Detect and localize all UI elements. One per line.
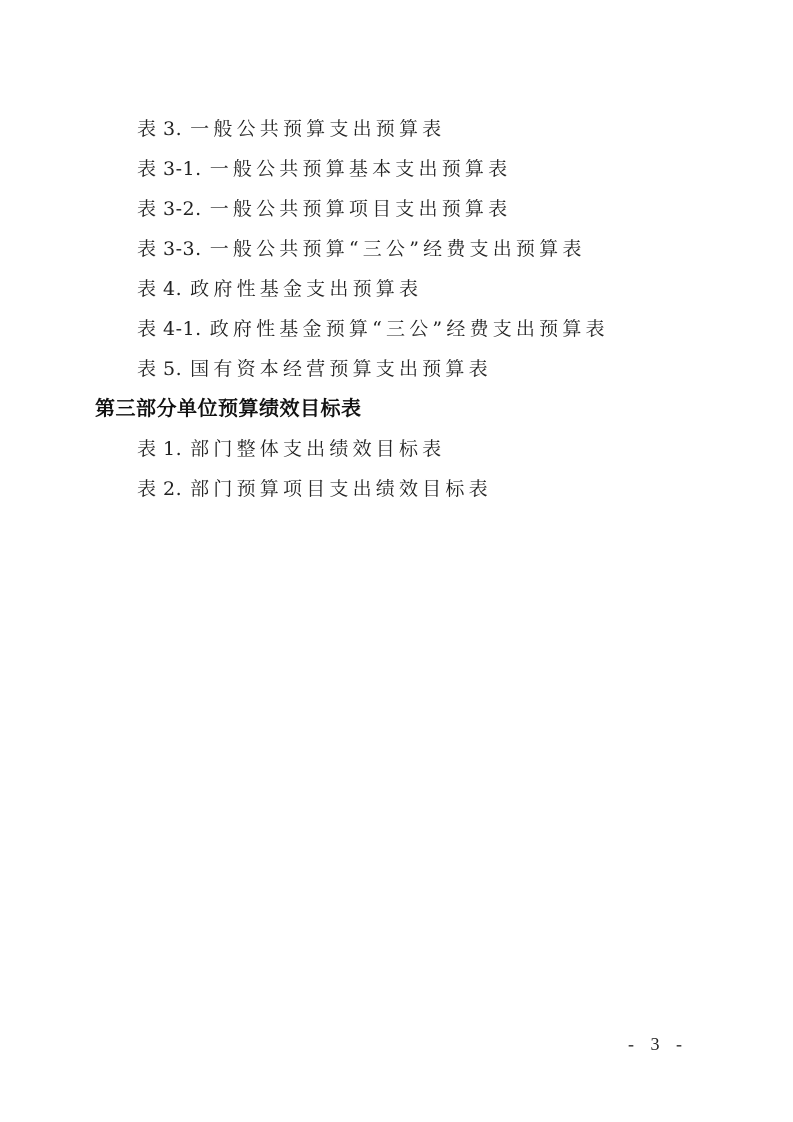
- toc-entry-number: 表 3.: [137, 118, 182, 140]
- toc-entry-performance-table-2: 表 2.部门预算项目支出绩效目标表: [137, 477, 492, 501]
- toc-entry-number: 表 3-2.: [137, 198, 202, 220]
- toc-entry-number: 表 4-1.: [137, 318, 202, 340]
- toc-entry-title: 政府性基金预算“三公”经费支出预算表: [210, 318, 609, 340]
- toc-entry-title: 一般公共预算项目支出预算表: [210, 198, 512, 220]
- toc-entry-title: 一般公共预算支出预算表: [190, 118, 445, 140]
- toc-entry-performance-table-1: 表 1.部门整体支出绩效目标表: [137, 437, 445, 461]
- page-number: - 3 -: [628, 1034, 688, 1055]
- toc-entry-title: 一般公共预算基本支出预算表: [210, 158, 512, 180]
- toc-entry-title: 部门预算项目支出绩效目标表: [190, 478, 492, 500]
- toc-entry-number: 表 1.: [137, 438, 182, 460]
- toc-entry-number: 表 5.: [137, 358, 182, 380]
- toc-entry-table-4: 表 4.政府性基金支出预算表: [137, 277, 422, 301]
- toc-entry-table-3-3: 表 3-3.一般公共预算“三公”经费支出预算表: [137, 237, 586, 261]
- toc-entry-number: 表 3-3.: [137, 238, 202, 260]
- toc-entry-number: 表 3-1.: [137, 158, 202, 180]
- toc-entry-table-3-1: 表 3-1.一般公共预算基本支出预算表: [137, 157, 511, 181]
- toc-entry-table-5: 表 5.国有资本经营预算支出预算表: [137, 357, 492, 381]
- toc-entry-table-4-1: 表 4-1.政府性基金预算“三公”经费支出预算表: [137, 317, 609, 341]
- toc-entry-title: 政府性基金支出预算表: [190, 278, 422, 300]
- document-page: 表 3.一般公共预算支出预算表 表 3-1.一般公共预算基本支出预算表 表 3-…: [0, 0, 793, 1122]
- toc-entry-table-3-2: 表 3-2.一般公共预算项目支出预算表: [137, 197, 511, 221]
- toc-entry-number: 表 2.: [137, 478, 182, 500]
- toc-entry-title: 部门整体支出绩效目标表: [190, 438, 445, 460]
- toc-entry-number: 表 4.: [137, 278, 182, 300]
- section-heading: 第三部分单位预算绩效目标表: [95, 395, 362, 421]
- toc-entry-title: 国有资本经营预算支出预算表: [190, 358, 492, 380]
- toc-entry-table-3: 表 3.一般公共预算支出预算表: [137, 117, 445, 141]
- toc-entry-title: 一般公共预算“三公”经费支出预算表: [210, 238, 586, 260]
